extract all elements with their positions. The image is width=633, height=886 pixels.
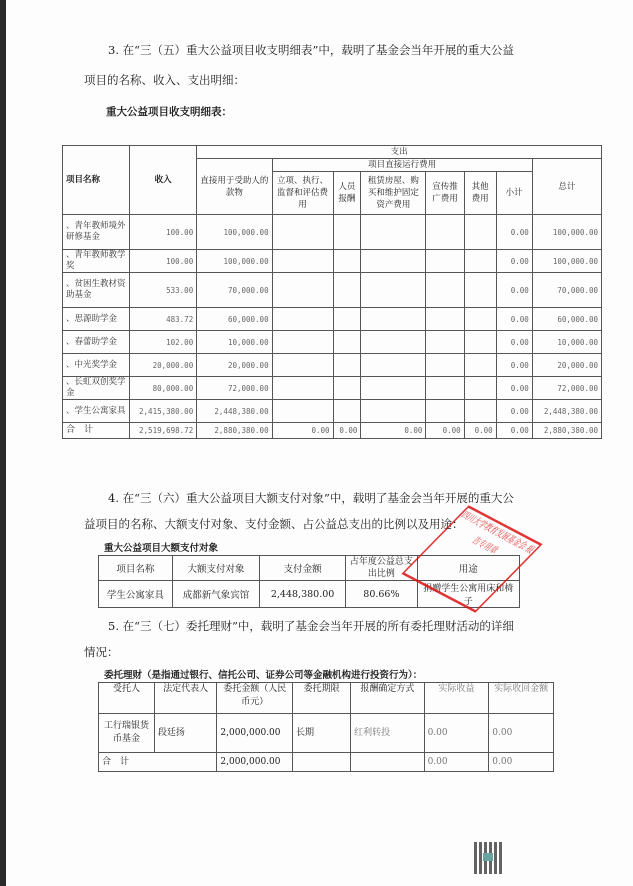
table1-row: 、中光奖学金20,000.0020,000.000.0020,000.00	[63, 354, 602, 377]
col-other: 其他费用	[464, 172, 496, 215]
para3-line1: 3. 在“三（五）重大公益项目收支明细表”中，载明了基金会当年开展的重大公益	[108, 36, 514, 64]
table3-row: 工行瑞银货币基金 段廷扬 2,000,000.00 长期 红利转投 0.00 0…	[99, 714, 554, 753]
table2-caption: 重大公益项目大额支付对象	[104, 540, 218, 554]
col-setup: 立项、执行、监督和评估费用	[272, 172, 333, 215]
para4-line1: 4. 在“三（六）重大公益项目大额支付对象”中，载明了基金会当年开展的重大公	[108, 484, 514, 512]
para5-line1: 5. 在“三（七）委托理财”中，载明了基金会当年开展的所有委托理财活动的详细	[108, 612, 514, 640]
col-rent: 租赁房屋、购买和维护固定资产费用	[361, 172, 426, 215]
col-income: 收入	[130, 146, 197, 215]
col-direct-aid: 直接用于受助人的款物	[197, 159, 272, 215]
table1-caption: 重大公益项目收支明细表：	[106, 104, 232, 119]
table3-total-row: 合 计 2,000,000.00 0.00 0.00	[99, 753, 554, 772]
para4-line2: 益项目的名称、大额支付对象、支付金额、占公益总支出的比例以及用途：	[84, 510, 464, 538]
table1-row: 、长虹双创奖学金80,000.0072,000.000.0072,000.00	[63, 377, 602, 400]
col-total: 总计	[532, 159, 601, 215]
col-expenditure: 支出	[197, 146, 602, 159]
table1-row: 、青年教师教学奖100.00100,000.000.00100,000.00	[63, 250, 602, 273]
table1-row: 、思源助学金483.7260,000.000.0060,000.00	[63, 308, 602, 331]
table3-caption: 委托理财（是指通过银行、信托公司、证券公司等金融机构进行投资行为）：	[104, 667, 422, 681]
col-subtotal: 小计	[496, 172, 532, 215]
entrusted-wealth-management-table: 受托人 法定代表人 委托金额（人民币元） 委托期限 报酬确定方式 实际收益 实际…	[98, 682, 554, 772]
major-project-income-expense-table: 项目名称 收入 支出 直接用于受助人的款物 项目直接运行费用 总计 立项、执行、…	[62, 145, 602, 439]
table1-row: 、青年教师境外研修基金100.00100,000.000.00100,000.0…	[63, 215, 602, 250]
col-operating-costs: 项目直接运行费用	[272, 159, 532, 172]
para3-line2: 项目的名称、收入、支出明细：	[84, 66, 245, 94]
col-staff: 人员报酬	[333, 172, 361, 215]
table1-row: 、学生公寓家具2,415,380.002,448,380.000.002,448…	[63, 400, 602, 423]
table1-total-row: 合 计 2,519,698.72 2,880,380.00 0.00 0.00 …	[63, 423, 602, 439]
table1-row: 、春蕾助学金102.0010,000.000.0010,000.00	[63, 331, 602, 354]
qr-code-icon	[474, 842, 504, 874]
para5-line2: 情况：	[84, 638, 119, 666]
col-project-name: 项目名称	[63, 146, 130, 215]
table1-row: 、贫困生教材资助基金533.0070,000.000.0070,000.00	[63, 273, 602, 308]
col-publicity: 宣传推广费用	[426, 172, 464, 215]
